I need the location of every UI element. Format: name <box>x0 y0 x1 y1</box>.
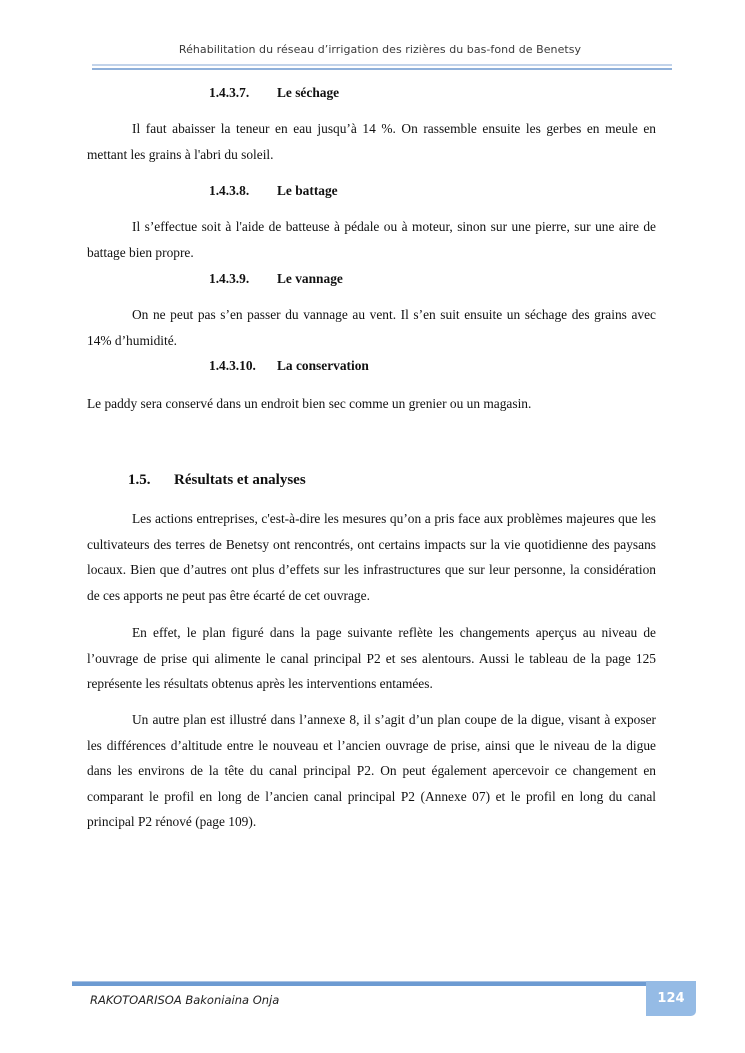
subsection-number: 1.4.3.9. <box>209 271 249 287</box>
paragraph-resultats-1: Les actions entreprises, c'est-à-dire le… <box>87 506 656 608</box>
header-rule <box>92 64 672 70</box>
paragraph-sechage: Il faut abaisser la teneur en eau jusqu’… <box>87 116 656 167</box>
subsection-number: 1.4.3.10. <box>209 358 256 374</box>
page-number-badge: 124 <box>646 981 696 1016</box>
footer-rule <box>72 981 646 986</box>
paragraph-vannage: On ne peut pas s’en passer du vannage au… <box>87 302 656 353</box>
section-title: Résultats et analyses <box>174 472 306 489</box>
paragraph-battage: Il s’effectue soit à l'aide de batteuse … <box>87 214 656 265</box>
document-page: Réhabilitation du réseau d’irrigation de… <box>0 0 745 1053</box>
subsection-title: La conservation <box>277 358 369 374</box>
footer-author: RAKOTOARISOA Bakoniaina Onja <box>90 993 279 1007</box>
paragraph-conservation: Le paddy sera conservé dans un endroit b… <box>87 391 656 417</box>
paragraph-resultats-3: Un autre plan est illustré dans l’annexe… <box>87 707 656 835</box>
subsection-number: 1.4.3.7. <box>209 85 249 101</box>
subsection-number: 1.4.3.8. <box>209 183 249 199</box>
page-number: 124 <box>657 991 684 1006</box>
section-number: 1.5. <box>128 472 151 489</box>
paragraph-resultats-2: En effet, le plan figuré dans la page su… <box>87 620 656 697</box>
subsection-title: Le séchage <box>277 85 339 101</box>
running-header-title: Réhabilitation du réseau d’irrigation de… <box>90 43 670 56</box>
subsection-title: Le vannage <box>277 271 343 287</box>
subsection-title: Le battage <box>277 183 338 199</box>
